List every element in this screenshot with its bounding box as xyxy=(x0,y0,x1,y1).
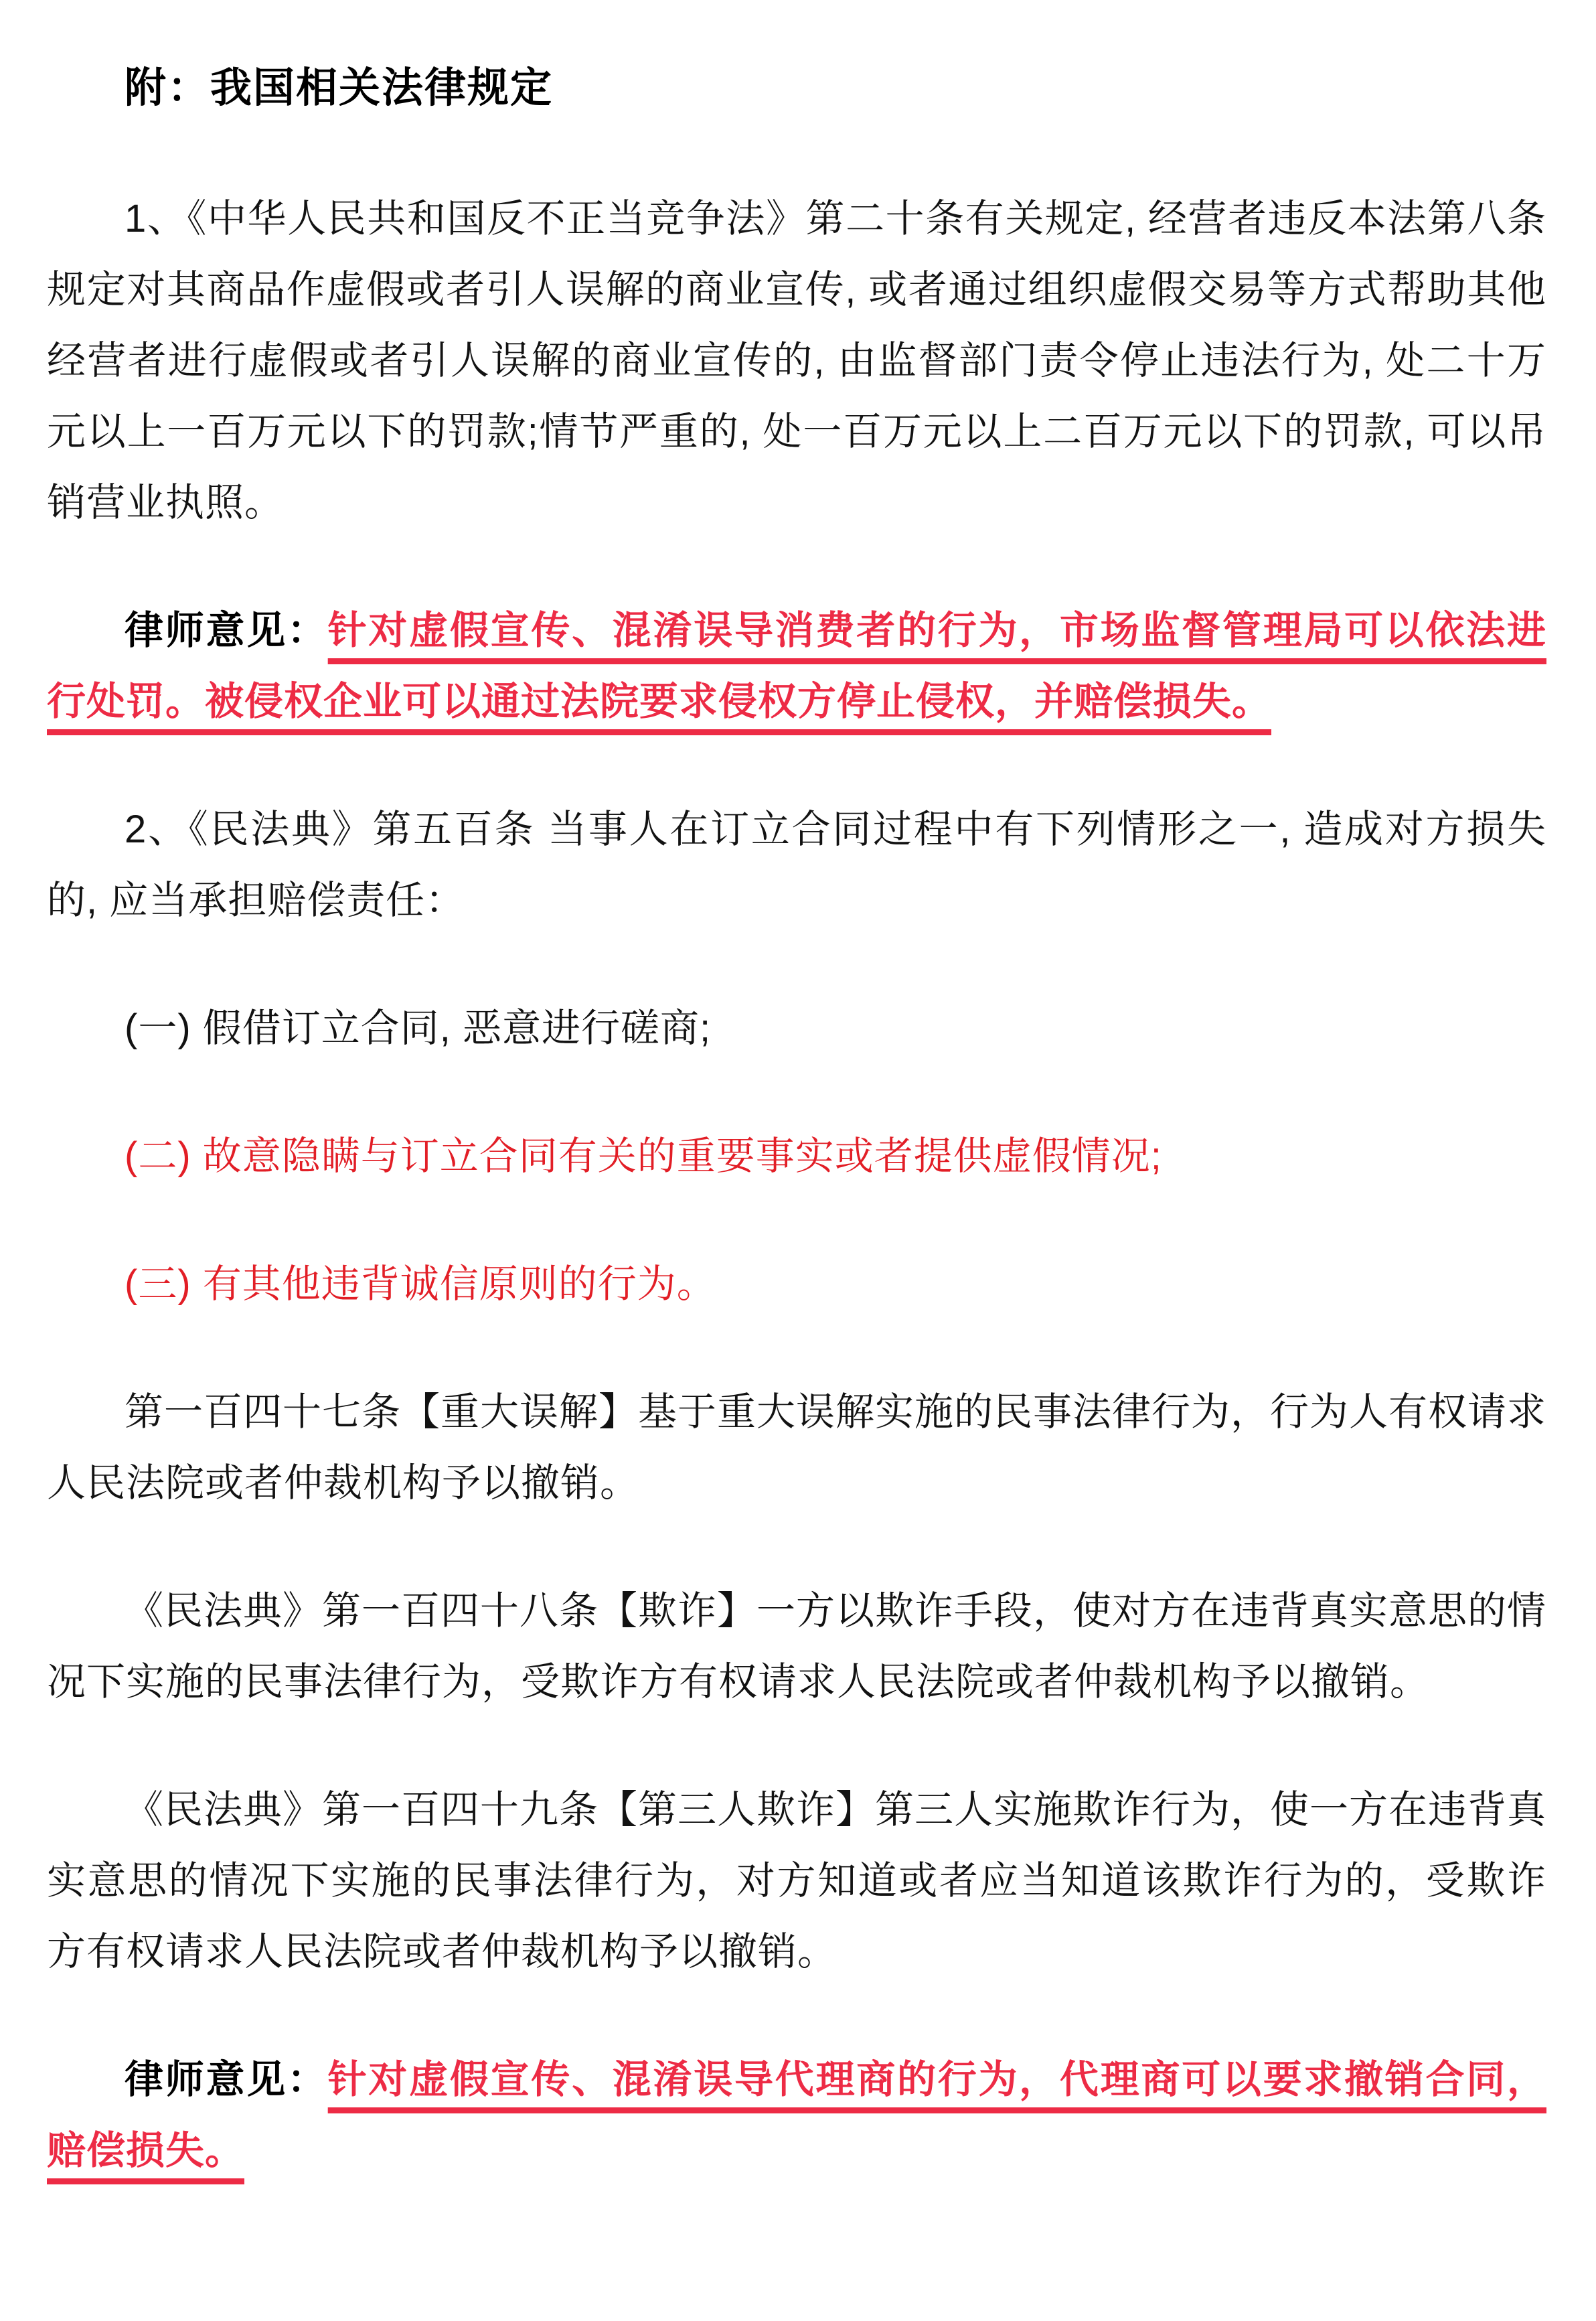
document-title: 附：我国相关法律规定 xyxy=(47,64,1546,113)
paragraph-article-147: 第一百四十七条【重大误解】基于重大误解实施的民事法律行为，行为人有权请求人民法院… xyxy=(47,1377,1546,1519)
lawyer-opinion-1-label: 律师意见： xyxy=(125,609,328,652)
document-title-text: 附：我国相关法律规定 xyxy=(125,65,553,111)
paragraph-article-149: 《民法典》第一百四十九条【第三人欺诈】第三人实施欺诈行为，使一方在违背真实意思的… xyxy=(47,1775,1546,1988)
lawyer-opinion-2-label: 律师意见： xyxy=(125,2058,328,2101)
lawyer-opinion-2: 律师意见：针对虚假宣传、混淆误导代理商的行为，代理商可以要求撤销合同，赔偿损失。 xyxy=(47,2044,1546,2186)
list-item-2: (二) 故意隐瞒与订立合同有关的重要事实或者提供虚假情况; xyxy=(47,1121,1546,1192)
list-item-3: (三) 有其他违背诚信原则的行为。 xyxy=(47,1249,1546,1320)
paragraph-civil-code-article-500: 2、《民法典》第五百条 当事人在订立合同过程中有下列情形之一, 造成对方损失的,… xyxy=(47,794,1546,936)
paragraph-anti-unfair-competition-law: 1、《中华人民共和国反不正当竞争法》第二十条有关规定, 经营者违反本法第八条规定… xyxy=(47,183,1546,538)
document-page: 附：我国相关法律规定 1、《中华人民共和国反不正当竞争法》第二十条有关规定, 经… xyxy=(0,0,1596,2321)
list-item-1: (一) 假借订立合同, 恶意进行磋商; xyxy=(47,993,1546,1064)
lawyer-opinion-1: 律师意见：针对虚假宣传、混淆误导消费者的行为，市场监督管理局可以依法进行处罚。被… xyxy=(47,595,1546,737)
paragraph-article-148: 《民法典》第一百四十八条【欺诈】一方以欺诈手段，使对方在违背真实意思的情况下实施… xyxy=(47,1576,1546,1718)
